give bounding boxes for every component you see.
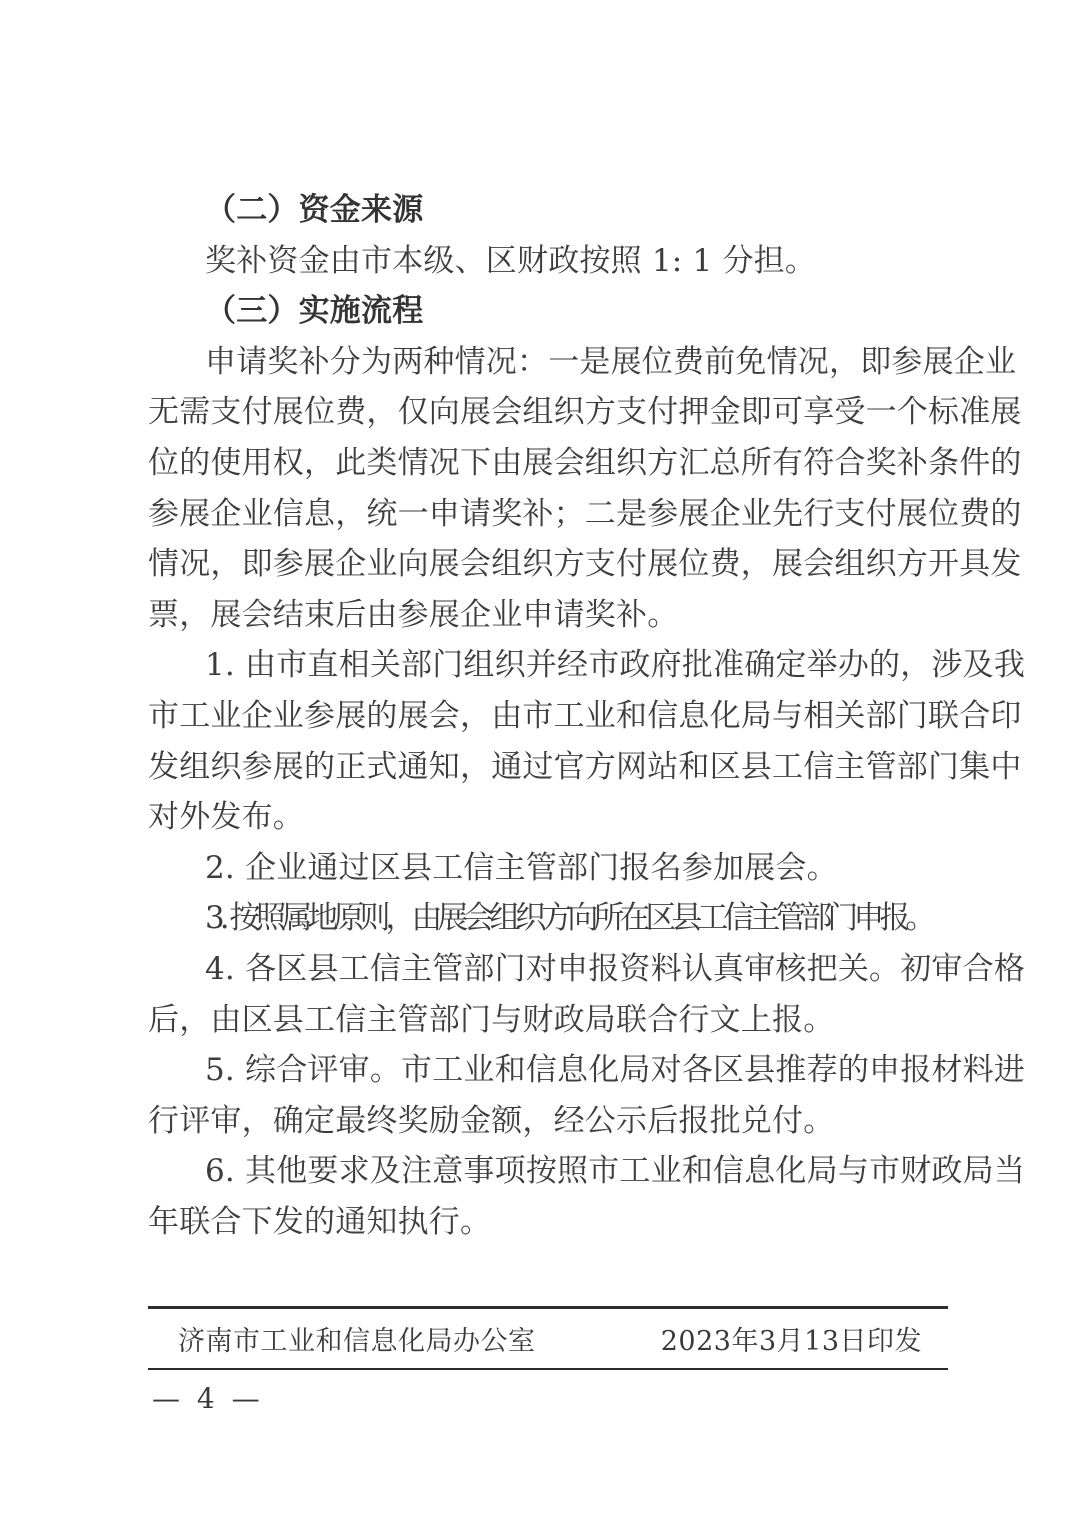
issuing-office: 济南市工业和信息化局办公室 xyxy=(178,1319,536,1358)
text-line: 奖补资金由市本级、区财政按照 1: 1 分担。 xyxy=(148,236,952,287)
print-date: 2023年3月13日印发 xyxy=(661,1319,922,1358)
document-body: （二）资金来源 奖补资金由市本级、区财政按照 1: 1 分担。 （三）实施流程 … xyxy=(148,185,952,1247)
text-line: 申请奖补分为两种情况：一是展位费前免情况，即参展企业 xyxy=(148,337,952,388)
list-item-2: 2. 企业通过区县工信主管部门报名参加展会。 xyxy=(148,843,952,894)
document-footer: 济南市工业和信息化局办公室 2023年3月13日印发 — 4 — xyxy=(148,1306,948,1415)
text-line: 市工业企业参展的展会，由市工业和信息化局与相关部门联合印 xyxy=(148,691,952,742)
list-item-5: 5. 综合评审。市工业和信息化局对各区县推荐的申报材料进 xyxy=(148,1045,952,1096)
text-line: 参展企业信息，统一申请奖补；二是参展企业先行支付展位费的 xyxy=(148,489,952,540)
list-item-1: 1. 由市直相关部门组织并经市政府批准确定举办的，涉及我 xyxy=(148,640,952,691)
footer-bottom-rule xyxy=(148,1368,948,1370)
list-item-6: 6. 其他要求及注意事项按照市工业和信息化局与市财政局当 xyxy=(148,1146,952,1197)
section-heading-funding-source: （二）资金来源 xyxy=(148,185,952,236)
text-line: 位的使用权，此类情况下由展会组织方汇总所有符合奖补条件的 xyxy=(148,438,952,489)
text-line: 后，由区县工信主管部门与财政局联合行文上报。 xyxy=(148,995,952,1046)
document-page: （二）资金来源 奖补资金由市本级、区财政按照 1: 1 分担。 （三）实施流程 … xyxy=(0,0,1080,1528)
list-item-3: 3. 按照属地原则，由展会组织方向所在区县工信主管部门申报。 xyxy=(148,893,952,944)
text-line: 发组织参展的正式通知，通过官方网站和区县工信主管部门集中 xyxy=(148,742,952,793)
text-line: 年联合下发的通知执行。 xyxy=(148,1197,952,1248)
list-item-4: 4. 各区县工信主管部门对申报资料认真审核把关。初审合格 xyxy=(148,944,952,995)
section-heading-implementation-process: （三）实施流程 xyxy=(148,286,952,337)
text-line: 情况，即参展企业向展会组织方支付展位费，展会组织方开具发 xyxy=(148,539,952,590)
text-line: 对外发布。 xyxy=(148,792,952,843)
text-line: 无需支付展位费，仅向展会组织方支付押金即可享受一个标准展 xyxy=(148,387,952,438)
text-line: 票，展会结束后由参展企业申请奖补。 xyxy=(148,590,952,641)
page-number: — 4 — xyxy=(148,1382,948,1415)
footer-row: 济南市工业和信息化局办公室 2023年3月13日印发 xyxy=(148,1309,948,1368)
text-line: 行评审，确定最终奖励金额，经公示后报批兑付。 xyxy=(148,1096,952,1147)
